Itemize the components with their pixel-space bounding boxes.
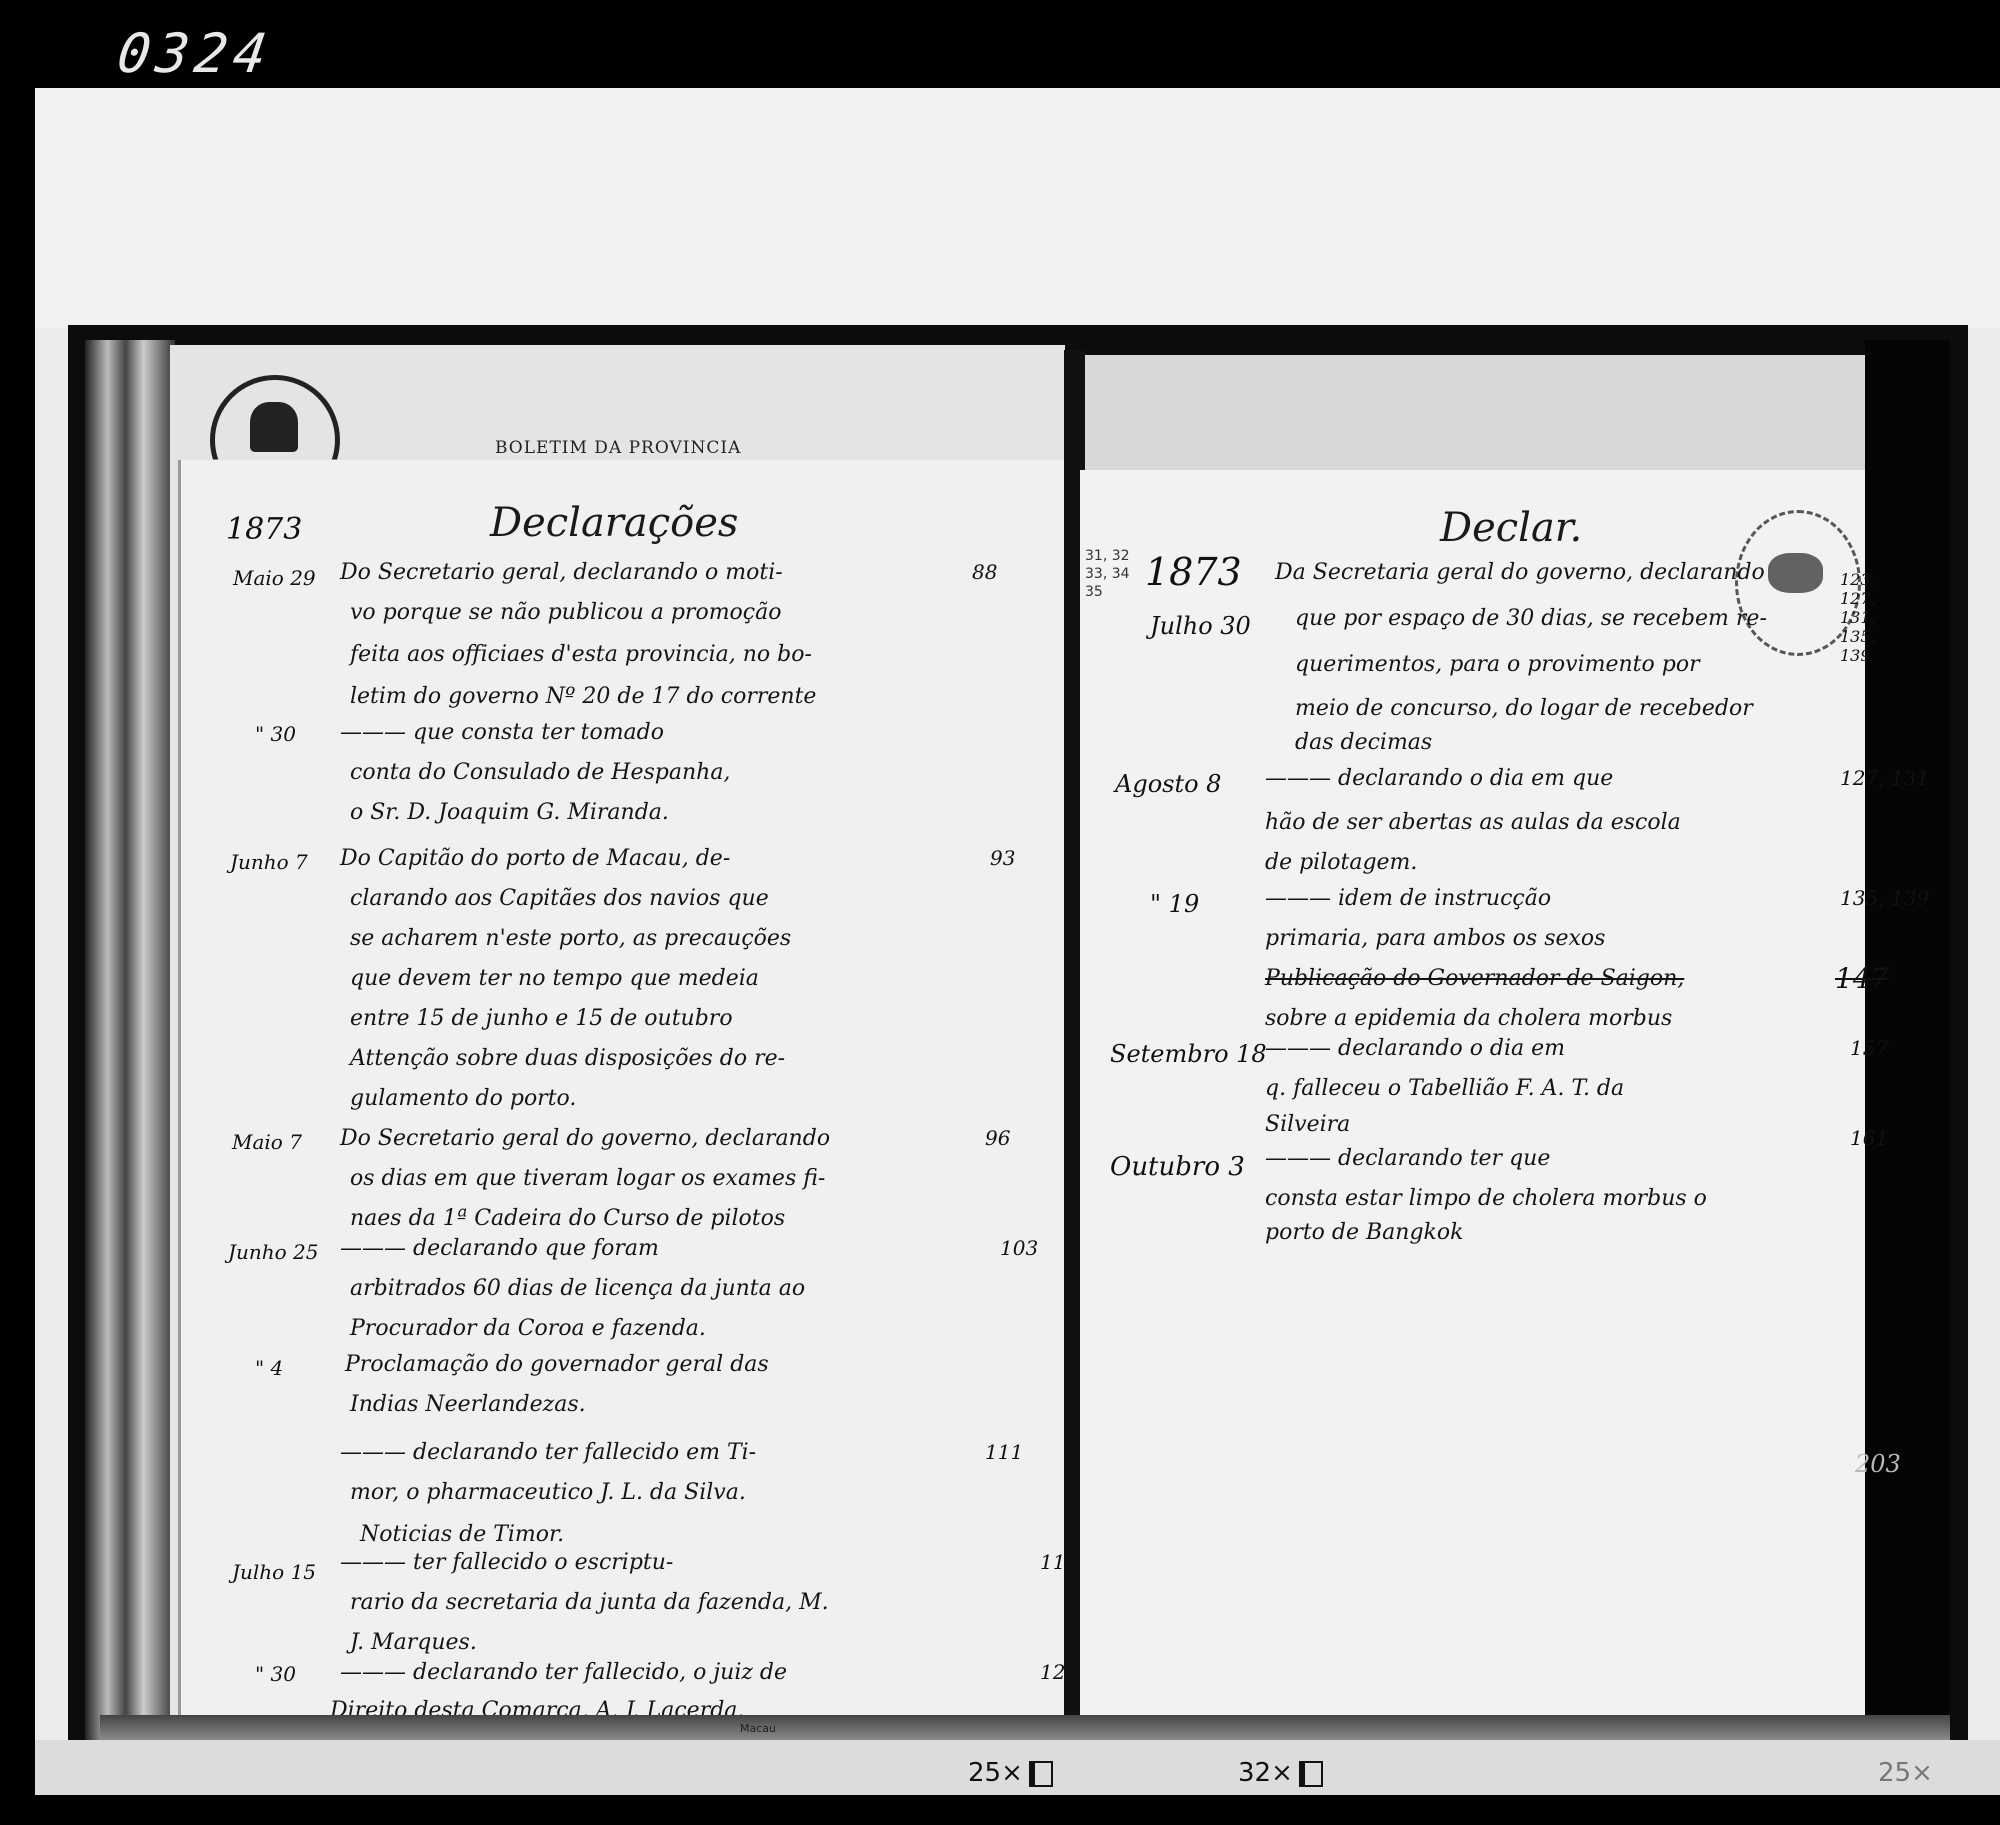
margin-ref: 35 xyxy=(1085,584,1103,600)
film-top-margin xyxy=(35,88,2000,328)
entry-line: ——— declarando o dia em que xyxy=(1265,766,1613,791)
entry-line: que devem ter no tempo que medeia xyxy=(350,966,759,991)
margin-ref: 31, 32 xyxy=(1085,548,1130,564)
entry-line: rario da secretaria da junta da fazenda,… xyxy=(350,1590,829,1615)
entry-line: clarando aos Capitães dos navios que xyxy=(350,886,769,911)
entry-line: q. falleceu o Tabellião F. A. T. da xyxy=(1265,1076,1624,1101)
scale-box-icon xyxy=(1029,1761,1053,1787)
entry-date: Agosto 8 xyxy=(1115,770,1221,798)
entry-date: " 19 xyxy=(1150,890,1199,918)
entry-date: " 30 xyxy=(255,722,296,746)
entry-line: feita aos officiaes d'esta provincia, no… xyxy=(350,642,812,667)
entry-line: ——— ter fallecido o escriptu- xyxy=(340,1550,673,1575)
scale-marker: 32× xyxy=(1238,1758,1323,1788)
entry-line: Indias Neerlandezas. xyxy=(350,1392,586,1417)
entry-line: naes da 1ª Cadeira do Curso de pilotos xyxy=(350,1206,785,1231)
scale-marker: 25× xyxy=(968,1758,1053,1788)
entry-line: J. Marques. xyxy=(350,1630,477,1655)
entry-ref: 96 xyxy=(985,1126,1010,1150)
entry-date: Outubro 3 xyxy=(1110,1152,1245,1182)
faded-ref: 203 xyxy=(1855,1450,1901,1478)
entry-line: Do Capitão do porto de Macau, de- xyxy=(340,846,730,871)
entry-line: ——— declarando o dia em xyxy=(1265,1036,1565,1061)
entry-date: Julho 15 xyxy=(232,1560,316,1584)
entry-line: das decimas xyxy=(1295,730,1432,755)
entry-ref: 93 xyxy=(990,846,1015,870)
entry-date: " 30 xyxy=(255,1662,296,1686)
entry-line: o Sr. D. Joaquim G. Miranda. xyxy=(350,800,669,825)
entry-line: Proclamação do governador geral das xyxy=(345,1352,769,1377)
entry-ref: 127, 131 xyxy=(1840,766,1929,790)
entry-date: Maio 29 xyxy=(233,566,316,590)
book-binding xyxy=(85,340,175,1740)
entry-line: entre 15 de junho e 15 de outubro xyxy=(350,1006,733,1031)
entry-ref: 11 xyxy=(1040,1550,1065,1574)
entry-line: gulamento do porto. xyxy=(350,1086,576,1111)
entry-line: ——— que consta ter tomado xyxy=(340,720,664,745)
margin-ref: 33, 34 xyxy=(1085,566,1130,582)
scale-box-icon xyxy=(1299,1761,1323,1787)
entry-line: ——— declarando ter que xyxy=(1265,1146,1550,1171)
scale-label: 25× xyxy=(1878,1758,1933,1788)
entry-line: primaria, para ambos os sexos xyxy=(1265,926,1605,951)
entry-line: Da Secretaria geral do governo, declaran… xyxy=(1275,560,1765,585)
entry-line: ——— declarando que foram xyxy=(340,1236,659,1261)
left-page-title: Declarações xyxy=(490,500,738,546)
entry-line: meio de concurso, do logar de recebedor xyxy=(1295,696,1753,721)
right-page-year: 1873 xyxy=(1145,550,1242,594)
entry-line: consta estar limpo de cholera morbus o xyxy=(1265,1186,1707,1211)
stamp-emblem-icon xyxy=(1768,553,1823,593)
entry-ref: 157 xyxy=(1850,1036,1888,1060)
entry-ref: 12 xyxy=(1040,1660,1065,1684)
entry-line: querimentos, para o provimento por xyxy=(1295,652,1700,677)
entry-date: Maio 7 xyxy=(232,1130,302,1154)
entry-line: de pilotagem. xyxy=(1265,850,1417,875)
right-edge-shadow xyxy=(1865,340,1950,1780)
entry-date: Junho 7 xyxy=(230,850,308,874)
entry-line: ——— declarando ter fallecido, o juiz de xyxy=(340,1660,787,1685)
entry-ref: 147 xyxy=(1835,962,1888,995)
entry-ref: 161 xyxy=(1850,1126,1888,1150)
entry-ref: 135, 139 xyxy=(1840,886,1929,910)
scale-label: 32× xyxy=(1238,1758,1293,1788)
entry-date: " 4 xyxy=(255,1356,283,1380)
entry-line: se acharem n'este porto, as precauções xyxy=(350,926,791,951)
entry-line: os dias em que tiveram logar os exames f… xyxy=(350,1166,825,1191)
entry-line: hão de ser abertas as aulas da escola xyxy=(1265,810,1681,835)
scale-label: 25× xyxy=(968,1758,1023,1788)
entry-line: porto de Bangkok xyxy=(1265,1220,1463,1245)
entry-line: vo porque se não publicou a promoção xyxy=(350,600,781,625)
printed-header: BOLETIM DA PROVINCIA xyxy=(495,438,741,458)
struck-entry-line: Publicação do Governador de Saigon, xyxy=(1265,966,1684,991)
entry-ref: 103 xyxy=(1000,1236,1038,1260)
entry-line: que por espaço de 30 dias, se recebem re… xyxy=(1295,606,1767,631)
bottom-print-text: Macau xyxy=(740,1722,776,1735)
scale-marker: 25× xyxy=(1878,1758,1933,1788)
entry-ref: 123, 127, 131, 135, 139 xyxy=(1840,570,1880,665)
entry-date: Junho 25 xyxy=(228,1240,319,1264)
entry-line: conta do Consulado de Hespanha, xyxy=(350,760,730,785)
entry-line: Attenção sobre duas disposições do re- xyxy=(350,1046,785,1071)
entry-line: arbitrados 60 dias de licença da junta a… xyxy=(350,1276,805,1301)
entry-line: Do Secretario geral do governo, declaran… xyxy=(340,1126,830,1151)
entry-line: Procurador da Coroa e fazenda. xyxy=(350,1316,706,1341)
entry-line: Noticias de Timor. xyxy=(360,1522,564,1547)
frame-number: 0324 xyxy=(114,22,277,85)
crown-icon xyxy=(250,402,298,452)
bottom-black-border xyxy=(0,1795,2000,1825)
entry-line: mor, o pharmaceutico J. L. da Silva. xyxy=(350,1480,746,1505)
entry-line: ——— idem de instrucção xyxy=(1265,886,1551,911)
entry-line: ——— declarando ter fallecido em Ti- xyxy=(340,1440,756,1465)
entry-line: sobre a epidemia da cholera morbus xyxy=(1265,1006,1672,1031)
entry-line: Do Secretario geral, declarando o moti- xyxy=(340,560,783,585)
right-page-title: Declar. xyxy=(1440,505,1582,551)
entry-line: letim do governo Nº 20 de 17 do corrente xyxy=(350,684,816,709)
entry-ref: 111 xyxy=(985,1440,1023,1464)
entry-date: Setembro 18 xyxy=(1110,1040,1267,1068)
left-page-year: 1873 xyxy=(226,512,302,547)
entry-date: Julho 30 xyxy=(1150,612,1251,640)
entry-line: Silveira xyxy=(1265,1112,1350,1137)
entry-ref: 88 xyxy=(972,560,997,584)
